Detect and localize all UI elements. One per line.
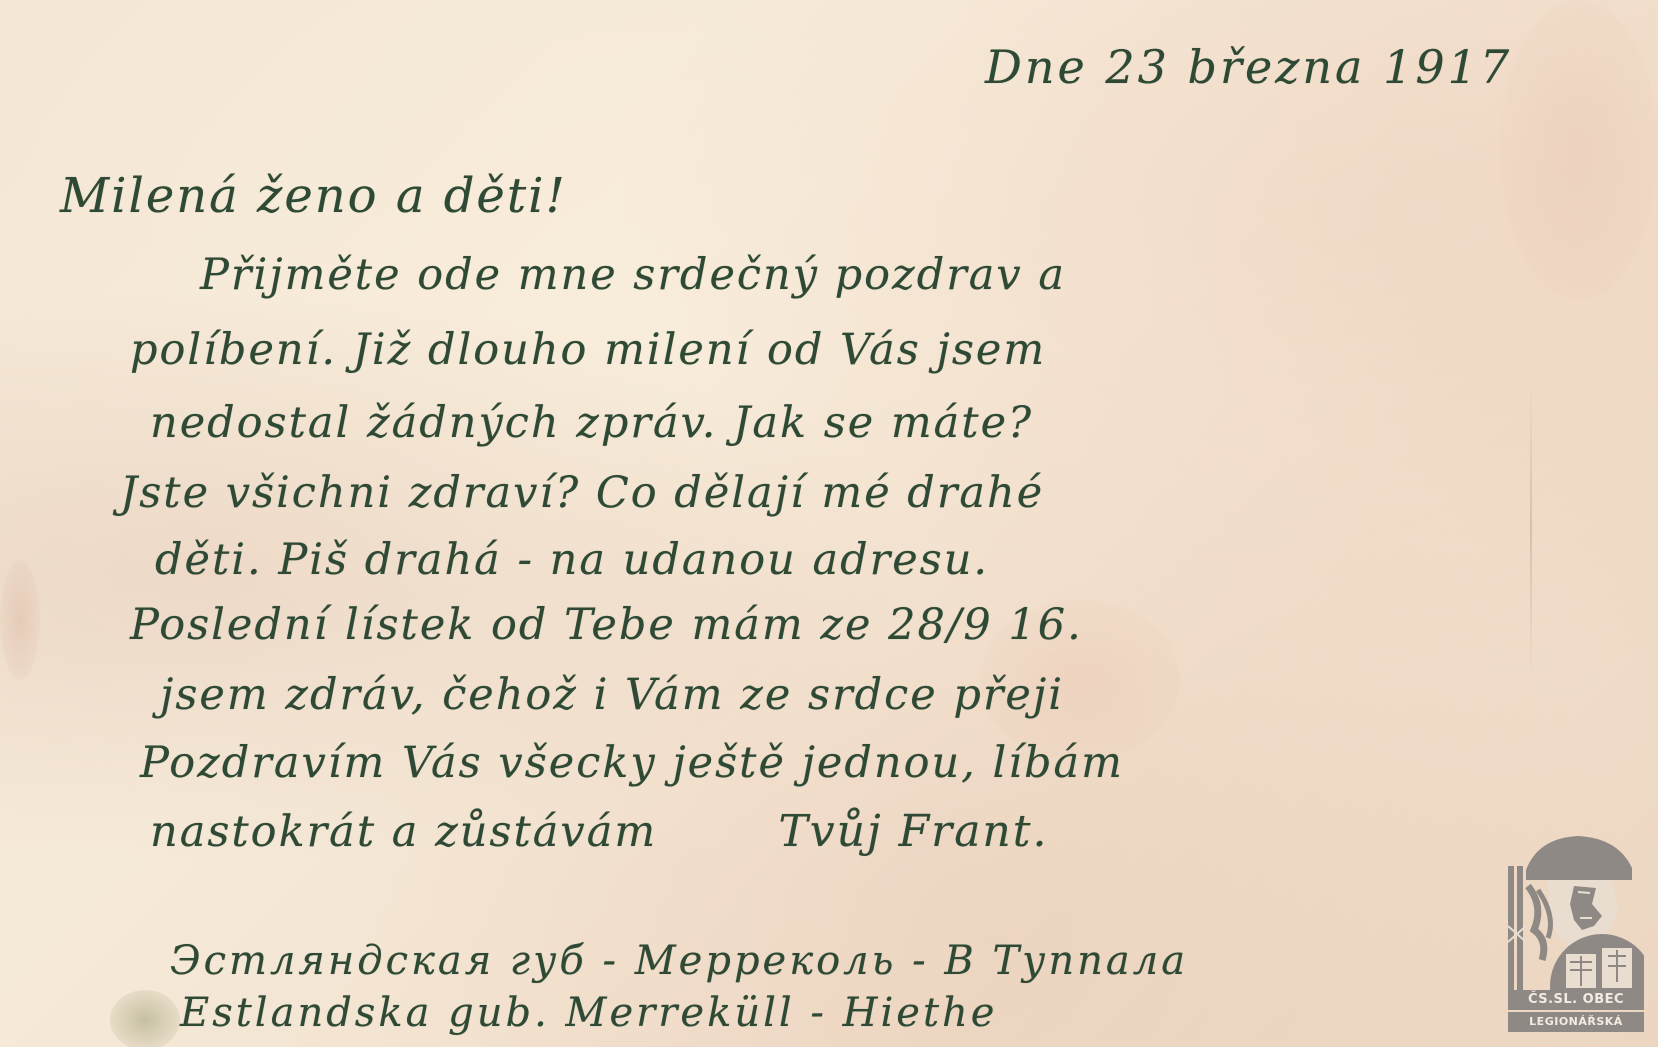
address-line-latin: Estlandska gub. Merreküll - Hiethe — [180, 990, 997, 1036]
address-line-cyrillic: Эстляндская губ - Мерреколь - В Туппала — [170, 938, 1188, 984]
paper-crease — [1530, 380, 1532, 680]
body-line: políbení. Již dlouho milení od Vás jsem — [130, 325, 1046, 375]
paper-stain — [0, 560, 40, 680]
legionnaire-head-emblem-icon — [1508, 830, 1644, 990]
postcard: Dne 23 března 1917 Milená ženo a děti! P… — [0, 0, 1658, 1047]
signature: Tvůj Frant. — [778, 806, 1048, 857]
body-line: Přijměte ode mne srdečný pozdrav a — [200, 250, 1066, 300]
body-line: děti. Piš drahá - na udanou adresu. — [155, 535, 989, 585]
legion-stamp: ČS.SL. OBEC LEGIONÁŘSKÁ — [1508, 830, 1644, 1035]
body-line: jsem zdráv, čehož i Vám ze srdce přeji — [160, 670, 1064, 720]
paper-stain — [1500, 0, 1658, 300]
body-line: Pozdravím Vás všecky ještě jednou, líbám — [140, 738, 1124, 788]
paper-stain — [110, 990, 180, 1047]
stamp-caption-bottom: LEGIONÁŘSKÁ — [1508, 1012, 1644, 1032]
salutation: Milená ženo a děti! — [60, 168, 567, 224]
closing-line: nastokrát a zůstávám Tvůj Frant. — [150, 806, 1048, 857]
date-line: Dne 23 března 1917 — [985, 40, 1512, 94]
stamp-caption-top: ČS.SL. OBEC — [1508, 990, 1644, 1010]
body-line: Poslední lístek od Tebe mám ze 28/9 16. — [130, 600, 1083, 650]
body-line: nedostal žádných zpráv. Jak se máte? — [150, 398, 1033, 448]
closing-text: nastokrát a zůstávám — [150, 807, 657, 857]
body-line: Jste všichni zdraví? Co dělají mé drahé — [120, 468, 1044, 518]
